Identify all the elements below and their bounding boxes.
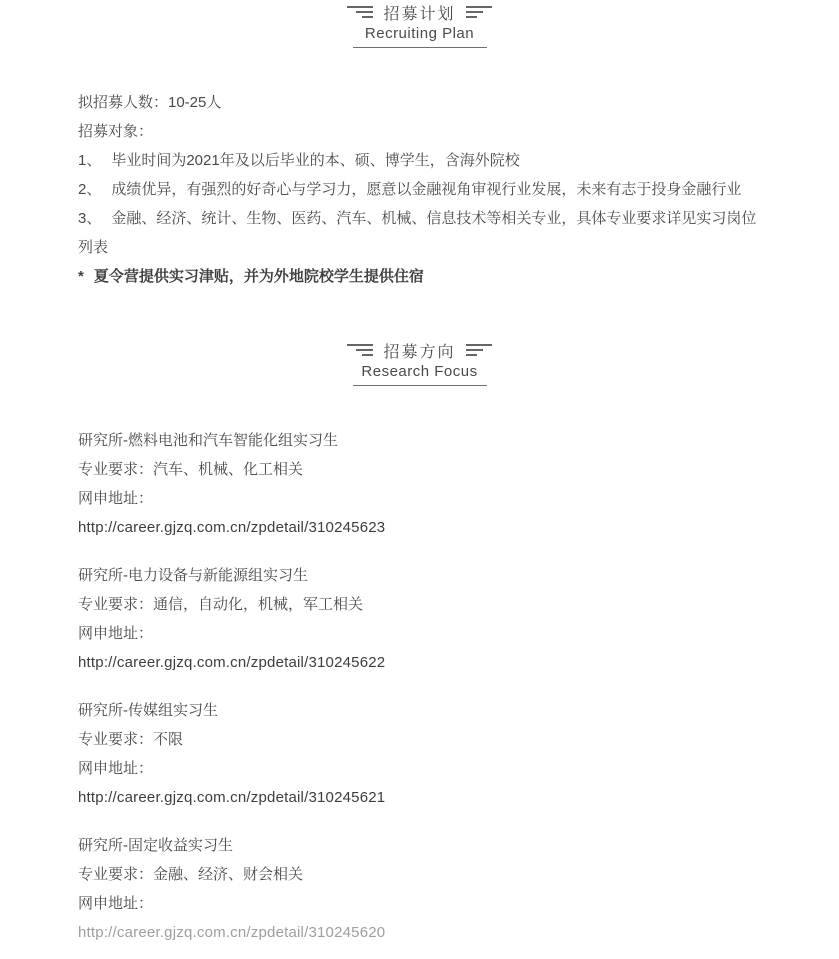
section-title-en: Research Focus: [0, 363, 839, 380]
positions-list: 研究所-燃料电池和汽车智能化组实习生 专业要求：汽车、机械、化工相关 网申地址：…: [78, 426, 768, 947]
requirement-item-2: 2、成绩优异，有强烈的好奇心与学习力，愿意以金融视角审视行业发展，未来有志于投身…: [78, 175, 768, 204]
position-block-fuel-cell: 研究所-燃料电池和汽车智能化组实习生 专业要求：汽车、机械、化工相关 网申地址：…: [78, 426, 768, 542]
apply-url: http://career.gjzq.com.cn/zpdetail/31024…: [78, 783, 768, 812]
item-text: 金融、经济、统计、生物、医药、汽车、机械、信息技术等相关专业，具体专业要求详见实…: [78, 210, 756, 256]
section-title-row: 招募方向: [0, 341, 839, 359]
position-title: 研究所-传媒组实习生: [78, 696, 768, 725]
headcount-line: 拟招募人数：10-25人: [78, 88, 768, 117]
apply-label: 网申地址：: [78, 754, 768, 783]
deco-lines-left-icon: [347, 6, 373, 18]
deco-lines-right-icon: [466, 344, 492, 356]
position-block-media: 研究所-传媒组实习生 专业要求：不限 网申地址： http://career.g…: [78, 696, 768, 812]
position-major: 专业要求：汽车、机械、化工相关: [78, 455, 768, 484]
position-title: 研究所-燃料电池和汽车智能化组实习生: [78, 426, 768, 455]
position-title: 研究所-固定收益实习生: [78, 831, 768, 860]
apply-label: 网申地址：: [78, 889, 768, 918]
title-underline: [353, 47, 487, 48]
apply-url: http://career.gjzq.com.cn/zpdetail/31024…: [78, 513, 768, 542]
section-header-research-focus: 招募方向 Research Focus: [0, 341, 839, 386]
section-title-en: Recruiting Plan: [0, 25, 839, 42]
position-major: 专业要求：通信，自动化，机械，军工相关: [78, 590, 768, 619]
deco-lines-left-icon: [347, 344, 373, 356]
recruiting-plan-content: 拟招募人数：10-25人 招募对象： 1、毕业时间为2021年及以后毕业的本、硕…: [78, 88, 768, 291]
article-page: 招募计划 Recruiting Plan 拟招募人数：10-25人 招募对象： …: [0, 0, 839, 947]
note-asterisk: *: [78, 268, 84, 285]
position-title: 研究所-电力设备与新能源组实习生: [78, 561, 768, 590]
apply-url: http://career.gjzq.com.cn/zpdetail/31024…: [78, 918, 768, 947]
deco-lines-right-icon: [466, 6, 492, 18]
apply-url: http://career.gjzq.com.cn/zpdetail/31024…: [78, 648, 768, 677]
apply-label: 网申地址：: [78, 484, 768, 513]
item-text: 毕业时间为2021年及以后毕业的本、硕、博学生，含海外院校: [111, 152, 519, 169]
requirement-item-1: 1、毕业时间为2021年及以后毕业的本、硕、博学生，含海外院校: [78, 146, 768, 175]
section-title-zh: 招募方向: [383, 339, 455, 362]
item-number: 3、: [78, 210, 101, 227]
position-block-power-equipment: 研究所-电力设备与新能源组实习生 专业要求：通信，自动化，机械，军工相关 网申地…: [78, 561, 768, 677]
position-major: 专业要求：金融、经济、财会相关: [78, 860, 768, 889]
item-number: 2、: [78, 181, 101, 198]
position-block-fixed-income: 研究所-固定收益实习生 专业要求：金融、经济、财会相关 网申地址： http:/…: [78, 831, 768, 947]
section-title-zh: 招募计划: [383, 1, 455, 24]
apply-label: 网申地址：: [78, 619, 768, 648]
item-text: 成绩优异，有强烈的好奇心与学习力，愿意以金融视角审视行业发展，未来有志于投身金融…: [111, 181, 741, 198]
section-title-row: 招募计划: [0, 3, 839, 21]
target-label: 招募对象：: [78, 117, 768, 146]
item-number: 1、: [78, 152, 101, 169]
section-header-recruiting-plan: 招募计划 Recruiting Plan: [0, 3, 839, 48]
note-text: 夏令营提供实习津贴，并为外地院校学生提供住宿: [94, 268, 424, 285]
title-underline: [353, 385, 487, 386]
stipend-note: *夏令营提供实习津贴，并为外地院校学生提供住宿: [78, 262, 768, 291]
position-major: 专业要求：不限: [78, 725, 768, 754]
requirement-item-3: 3、金融、经济、统计、生物、医药、汽车、机械、信息技术等相关专业，具体专业要求详…: [78, 204, 768, 262]
